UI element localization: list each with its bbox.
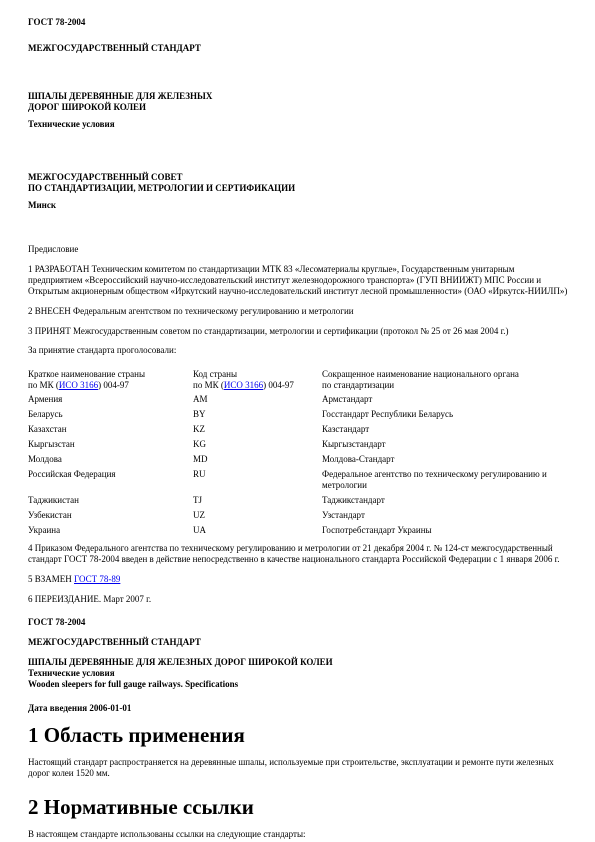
body-cell: Кыргызстандарт [322,439,570,450]
iso-3166-link-code[interactable]: ИСО 3166 [224,380,263,390]
body-cell: Таджикстандарт [322,495,570,506]
vote-table: Краткое наименование страныпо МК (ИСО 31… [28,367,570,538]
country-cell: Украина [28,525,193,536]
council-line1: МЕЖГОСУДАРСТВЕННЫЙ СОВЕТ [28,172,183,182]
country-cell: Армения [28,394,193,405]
country-cell: Беларусь [28,409,193,420]
section-1-heading: 1 Область применения [28,723,570,747]
table-row: Беларусь BY Госстандарт Республики Белар… [28,407,570,422]
body-cell: Казстандарт [322,424,570,435]
council-name: МЕЖГОСУДАРСТВЕННЫЙ СОВЕТПО СТАНДАРТИЗАЦИ… [28,172,570,194]
preface-item-5: 5 ВЗАМЕН ГОСТ 78-89 [28,574,570,585]
code-cell: MD [193,454,322,465]
country-cell: Таджикистан [28,495,193,506]
vote-table-header-country: Краткое наименование страныпо МК (ИСО 31… [28,369,193,391]
city-label: Минск [28,200,570,211]
restatement-title-block: ШПАЛЫ ДЕРЕВЯННЫЕ ДЛЯ ЖЕЛЕЗНЫХ ДОРОГ ШИРО… [28,657,570,690]
table-row: Таджикистан TJ Таджикстандарт [28,493,570,508]
body-cell: Госпотребстандарт Украины [322,525,570,536]
body-cell: Госстандарт Республики Беларусь [322,409,570,420]
table-row: Российская Федерация RU Федеральное аген… [28,467,570,493]
country-cell: Российская Федерация [28,469,193,491]
council-line2: ПО СТАНДАРТИЗАЦИИ, МЕТРОЛОГИИ И СЕРТИФИК… [28,183,295,193]
code-cell: KZ [193,424,322,435]
code-cell: BY [193,409,322,420]
restatement-title: ШПАЛЫ ДЕРЕВЯННЫЕ ДЛЯ ЖЕЛЕЗНЫХ ДОРОГ ШИРО… [28,657,570,668]
body-cell: Молдова-Стандарт [322,454,570,465]
vote-table-header: Краткое наименование страныпо МК (ИСО 31… [28,367,570,392]
preface-item-3: 3 ПРИНЯТ Межгосударственным советом по с… [28,326,570,337]
preface-heading: Предисловие [28,244,570,255]
code-cell: UA [193,525,322,536]
table-row: Молдова MD Молдова-Стандарт [28,452,570,467]
section-1-paragraph: Настоящий стандарт распространяется на д… [28,757,570,779]
vote-table-header-body: Сокращенное наименование национального о… [322,369,570,391]
restatement-code: ГОСТ 78-2004 [28,617,570,628]
doc-title-line2: ДОРОГ ШИРОКОЙ КОЛЕИ [28,102,146,112]
vote-intro: За принятие стандарта проголосовали: [28,345,570,356]
body-cell: Федеральное агентство по техническому ре… [322,469,570,491]
preface-item-1: 1 РАЗРАБОТАН Техническим комитетом по ст… [28,264,570,297]
country-cell: Узбекистан [28,510,193,521]
code-cell: TJ [193,495,322,506]
country-cell: Казахстан [28,424,193,435]
preface-item-4: 4 Приказом Федерального агентства по тех… [28,543,570,565]
body-cell: Узстандарт [322,510,570,521]
preface-item-6: 6 ПЕРЕИЗДАНИЕ. Март 2007 г. [28,594,570,605]
document-page: ГОСТ 78-2004 МЕЖГОСУДАРСТВЕННЫЙ СТАНДАРТ… [0,0,595,842]
table-row: Армения AM Армстандарт [28,392,570,407]
section-2-paragraph: В настоящем стандарте использованы ссылк… [28,829,570,840]
effective-date: Дата введения 2006-01-01 [28,703,570,714]
doc-title: ШПАЛЫ ДЕРЕВЯННЫЕ ДЛЯ ЖЕЛЕЗНЫХДОРОГ ШИРОК… [28,91,570,113]
code-cell: AM [193,394,322,405]
preface-item-2: 2 ВНЕСЕН Федеральным агентством по техни… [28,306,570,317]
code-cell: UZ [193,510,322,521]
body-cell: Армстандарт [322,394,570,405]
country-cell: Кыргызстан [28,439,193,450]
code-cell: RU [193,469,322,491]
doc-title-line1: ШПАЛЫ ДЕРЕВЯННЫЕ ДЛЯ ЖЕЛЕЗНЫХ [28,91,212,101]
code-cell: KG [193,439,322,450]
table-row: Казахстан KZ Казстандарт [28,422,570,437]
standard-type-label: МЕЖГОСУДАРСТВЕННЫЙ СТАНДАРТ [28,43,570,54]
country-cell: Молдова [28,454,193,465]
table-row: Кыргызстан KG Кыргызстандарт [28,437,570,452]
gost-78-89-link[interactable]: ГОСТ 78-89 [74,574,120,584]
iso-3166-link-country[interactable]: ИСО 3166 [59,380,98,390]
table-row: Украина UA Госпотребстандарт Украины [28,523,570,538]
restatement-subtitle-en: Wooden sleepers for full gauge railways.… [28,679,570,690]
table-row: Узбекистан UZ Узстандарт [28,508,570,523]
doc-code: ГОСТ 78-2004 [28,17,570,28]
restatement-standard-type: МЕЖГОСУДАРСТВЕННЫЙ СТАНДАРТ [28,637,570,648]
doc-subtitle: Технические условия [28,119,570,130]
vote-table-header-code: Код страныпо МК (ИСО 3166) 004-97 [193,369,322,391]
section-2-heading: 2 Нормативные ссылки [28,795,570,819]
restatement-subtitle-ru: Технические условия [28,668,570,679]
